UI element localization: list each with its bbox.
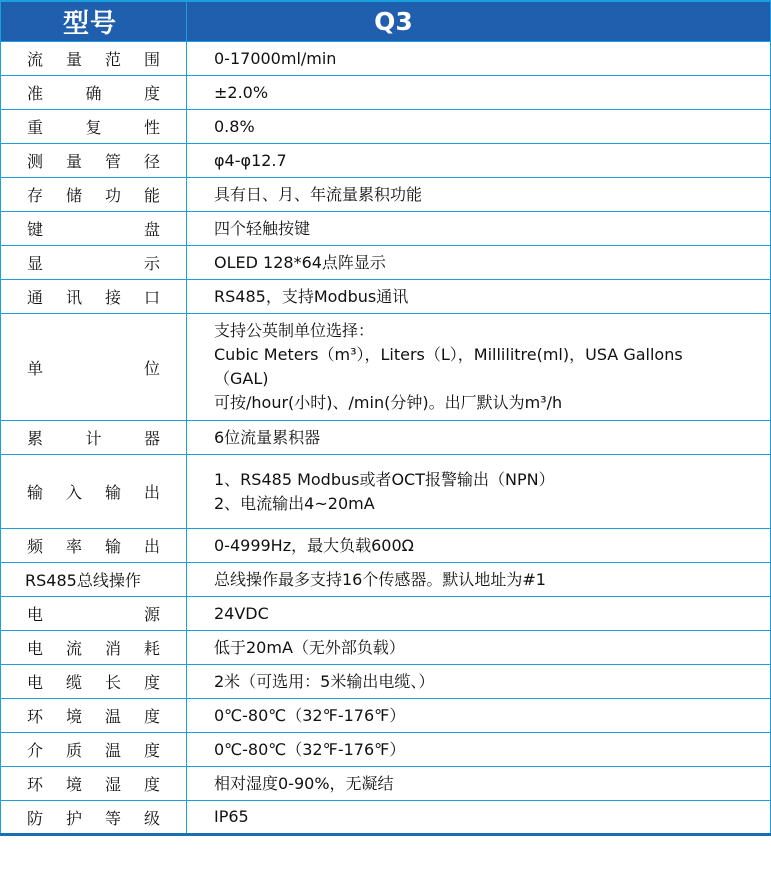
label-char: 性 [144,115,160,138]
label-char: 流 [66,636,82,659]
label-char: 境 [66,704,82,727]
spec-row: 电源24VDC [1,597,771,631]
label-char: 度 [144,81,160,104]
label-char: 量 [66,149,82,172]
spec-row: 防护等级IP65 [1,801,771,835]
spec-label: 存储功能 [1,178,187,212]
spec-row: RS485总线操作总线操作最多支持16个传感器。默认地址为#1 [1,563,771,597]
value-line: 24VDC [214,602,770,626]
label-char: 累 [27,426,43,449]
spec-value: 2米（可选用：5米输出电缆、） [187,665,771,699]
value-line: 低于20mA（无外部负载） [214,636,770,660]
label-char: 入 [66,480,82,503]
value-line: 2米（可选用：5米输出电缆、） [214,670,770,694]
label-char: 功 [105,183,121,206]
label-char: 储 [66,183,82,206]
spec-row: 电缆长度2米（可选用：5米输出电缆、） [1,665,771,699]
value-line: 2、电流输出4~20mA [214,492,770,516]
spec-label: 电流消耗 [1,631,187,665]
value-line: 1、RS485 Modbus或者OCT报警输出（NPN） [214,468,770,492]
spec-value: 1、RS485 Modbus或者OCT报警输出（NPN）2、电流输出4~20mA [187,455,771,529]
spec-value: 相对湿度0-90%，无凝结 [187,767,771,801]
label-char: 准 [27,81,43,104]
spec-value: 0.8% [187,110,771,144]
spec-label: 频率输出 [1,529,187,563]
label-char: 范 [105,47,121,70]
spec-label: 键盘 [1,212,187,246]
label-char: 管 [105,149,121,172]
value-line: 可按/hour(小时)、/min(分钟)。出厂默认为m³/h [214,391,770,415]
label-char: 度 [144,738,160,761]
label-char: 介 [27,738,43,761]
label-char: 测 [27,149,43,172]
spec-row: 键盘四个轻触按键 [1,212,771,246]
label-char: 单 [27,356,43,379]
label-char: 消 [105,636,121,659]
value-line: 0-17000ml/min [214,47,770,71]
spec-value: 0℃-80℃（32℉-176℉） [187,733,771,767]
label-char: 度 [144,670,160,693]
label-char: 源 [144,602,160,625]
label-char: 境 [66,772,82,795]
spec-value: 支持公英制单位选择：Cubic Meters（m³），Liters（L），Mil… [187,314,771,421]
spec-label: 准确度 [1,76,187,110]
value-line: 0-4999Hz，最大负载600Ω [214,534,770,558]
model-value: Q3 [187,1,771,42]
label-char: 环 [27,772,43,795]
spec-value: 总线操作最多支持16个传感器。默认地址为#1 [187,563,771,597]
spec-value: ±2.0% [187,76,771,110]
label-char: 位 [144,356,160,379]
spec-row: 存储功能具有日、月、年流量累积功能 [1,178,771,212]
spec-label: 防护等级 [1,801,187,835]
label-char: 电 [27,670,43,693]
label-char: 示 [144,251,160,274]
label-char: 复 [85,115,101,138]
label-char: 电 [27,636,43,659]
label-char: 防 [27,806,43,829]
label-char: 度 [144,772,160,795]
label-char: 耗 [144,636,160,659]
label-char: 长 [105,670,121,693]
spec-label: 重复性 [1,110,187,144]
label-char: 率 [66,534,82,557]
spec-value: 四个轻触按键 [187,212,771,246]
spec-value: IP65 [187,801,771,835]
spec-row: 准确度±2.0% [1,76,771,110]
label-char: 温 [105,738,121,761]
value-line: RS485，支持Modbus通讯 [214,285,770,309]
spec-row: 环境温度0℃-80℃（32℉-176℉） [1,699,771,733]
spec-label: 输入输出 [1,455,187,529]
spec-value: 6位流量累积器 [187,421,771,455]
spec-value: 24VDC [187,597,771,631]
spec-row: 环境湿度相对湿度0-90%，无凝结 [1,767,771,801]
spec-label: 显示 [1,246,187,280]
value-line: 支持公英制单位选择： [214,319,770,343]
spec-label: 通讯接口 [1,280,187,314]
spec-label: 流量范围 [1,42,187,76]
label-char: 确 [85,81,101,104]
label-char: 口 [144,285,160,308]
spec-row: 测量管径φ4-φ12.7 [1,144,771,178]
label-char: 输 [105,480,121,503]
label-char: 通 [27,285,43,308]
spec-label: 环境湿度 [1,767,187,801]
label-char: 护 [66,806,82,829]
label-char: 环 [27,704,43,727]
value-line: φ4-φ12.7 [214,149,770,173]
value-line: 具有日、月、年流量累积功能 [214,183,770,207]
spec-label: 单位 [1,314,187,421]
value-line: 相对湿度0-90%，无凝结 [214,772,770,796]
spec-row: 频率输出0-4999Hz，最大负载600Ω [1,529,771,563]
value-line: 0℃-80℃（32℉-176℉） [214,704,770,728]
spec-row: 电流消耗低于20mA（无外部负载） [1,631,771,665]
spec-row: 重复性0.8% [1,110,771,144]
spec-row: 介质温度0℃-80℃（32℉-176℉） [1,733,771,767]
label-char: 出 [144,534,160,557]
label-char: 出 [144,480,160,503]
value-line: 总线操作最多支持16个传感器。默认地址为#1 [214,568,770,592]
spec-value: 0℃-80℃（32℉-176℉） [187,699,771,733]
value-line: ±2.0% [214,81,770,105]
spec-value: φ4-φ12.7 [187,144,771,178]
label-char: 电 [27,602,43,625]
spec-row: 输入输出1、RS485 Modbus或者OCT报警输出（NPN）2、电流输出4~… [1,455,771,529]
spec-value: RS485，支持Modbus通讯 [187,280,771,314]
spec-row: 单位支持公英制单位选择：Cubic Meters（m³），Liters（L），M… [1,314,771,421]
value-line: Cubic Meters（m³），Liters（L），Millilitre(ml… [214,343,770,367]
label-char: 计 [85,426,101,449]
label-char: 输 [105,534,121,557]
spec-label: RS485总线操作 [1,563,187,597]
value-line: 6位流量累积器 [214,426,770,450]
label-char: 重 [27,115,43,138]
label-char: 温 [105,704,121,727]
spec-value: 0-4999Hz，最大负载600Ω [187,529,771,563]
spec-label: 电缆长度 [1,665,187,699]
label-char: 量 [66,47,82,70]
spec-row: 显示OLED 128*64点阵显示 [1,246,771,280]
label-char: 键 [27,217,43,240]
value-line: 四个轻触按键 [214,217,770,241]
label-char: 存 [27,183,43,206]
label-char: 径 [144,149,160,172]
value-line: （GAL) [214,367,770,391]
label-char: 显 [27,251,43,274]
label-char: 流 [27,47,43,70]
label-char: 输 [27,480,43,503]
spec-row: 流量范围0-17000ml/min [1,42,771,76]
label-char: 湿 [105,772,121,795]
spec-label: 介质温度 [1,733,187,767]
value-line: 0℃-80℃（32℉-176℉） [214,738,770,762]
value-line: 0.8% [214,115,770,139]
value-line: IP65 [214,805,770,829]
label-char: 讯 [66,285,82,308]
spec-label: 测量管径 [1,144,187,178]
header-row: 型号 Q3 [1,1,771,42]
label-char: 频 [27,534,43,557]
spec-table: 型号 Q3 流量范围0-17000ml/min准确度±2.0%重复性0.8%测量… [0,0,771,836]
label-char: 接 [105,285,121,308]
spec-row: 累计器6位流量累积器 [1,421,771,455]
label-char: 级 [144,806,160,829]
label-char: 质 [66,738,82,761]
label-char: 盘 [144,217,160,240]
label-char: 能 [144,183,160,206]
model-label: 型号 [1,1,187,42]
label-char: 器 [144,426,160,449]
spec-value: 0-17000ml/min [187,42,771,76]
label-char: 围 [144,47,160,70]
spec-label: 环境温度 [1,699,187,733]
label-char: 度 [144,704,160,727]
spec-value: OLED 128*64点阵显示 [187,246,771,280]
spec-row: 通讯接口RS485，支持Modbus通讯 [1,280,771,314]
spec-value: 具有日、月、年流量累积功能 [187,178,771,212]
label-char: 缆 [66,670,82,693]
spec-label: 累计器 [1,421,187,455]
spec-label: 电源 [1,597,187,631]
spec-value: 低于20mA（无外部负载） [187,631,771,665]
value-line: OLED 128*64点阵显示 [214,251,770,275]
label-char: 等 [105,806,121,829]
